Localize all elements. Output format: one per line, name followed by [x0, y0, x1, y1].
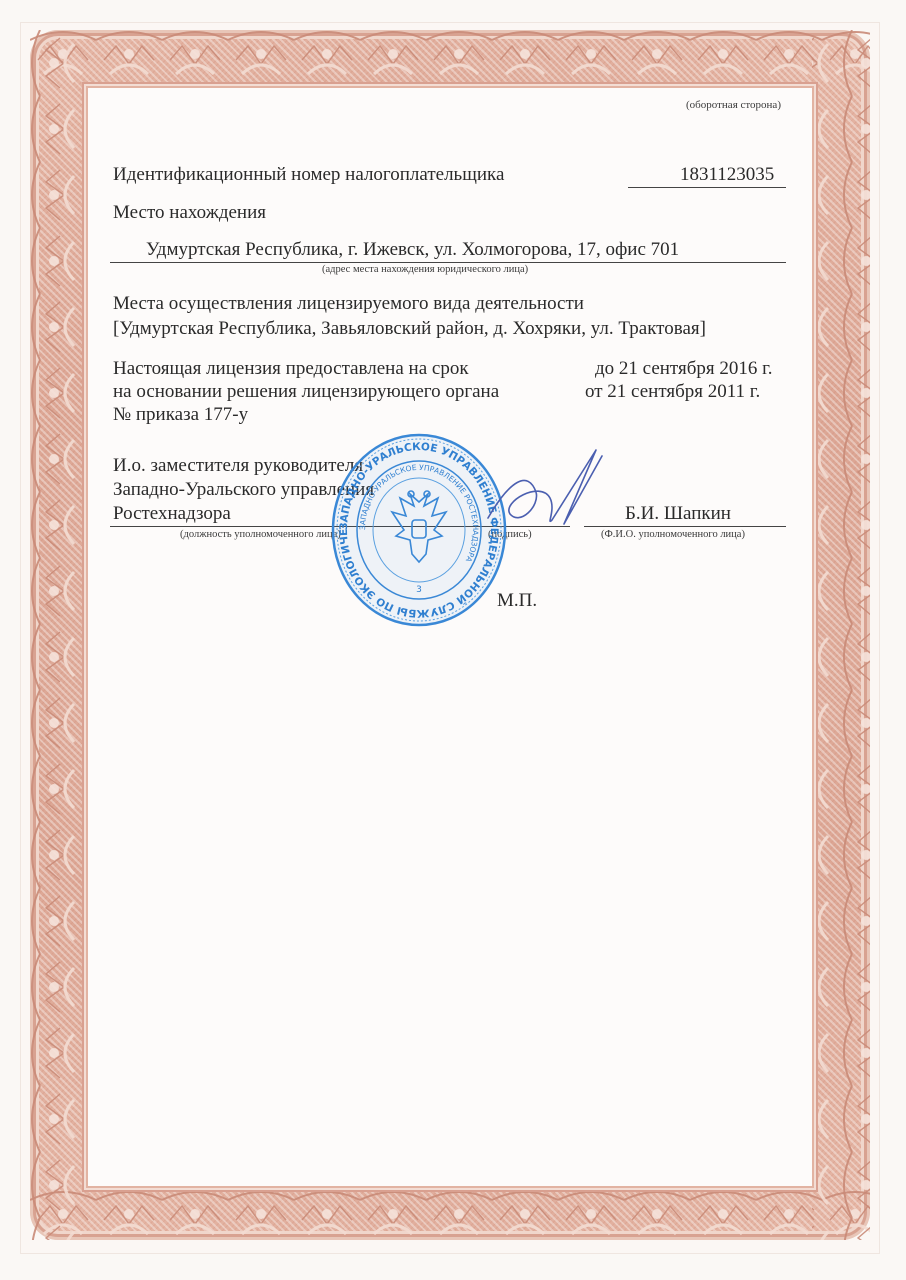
location-label: Место нахождения — [113, 202, 266, 224]
term-value: до 21 сентября 2016 г. — [595, 358, 773, 380]
name-underline — [584, 526, 786, 527]
order-number: № приказа 177-у — [113, 404, 248, 426]
decision-value: от 21 сентября 2011 г. — [585, 381, 760, 403]
signatory-name: Б.И. Шапкин — [625, 503, 731, 525]
signatory-position-line3: Ростехнадзора — [113, 503, 231, 525]
activity-places-label: Места осуществления лицензируемого вида … — [113, 293, 584, 315]
location-underline — [110, 262, 786, 263]
activity-places-value: [Удмуртская Республика, Завьяловский рай… — [113, 318, 706, 340]
signatory-position-line1: И.о. заместителя руководителя — [113, 455, 363, 477]
seal-mark: М.П. — [497, 590, 537, 612]
inn-label: Идентификационный номер налогоплательщик… — [113, 164, 504, 186]
position-caption: (должность уполномоченного лица) — [180, 529, 341, 540]
inn-underline — [628, 187, 786, 188]
inn-value: 1831123035 — [680, 164, 774, 186]
side-note: (оборотная сторона) — [686, 99, 781, 111]
term-label: Настоящая лицензия предоставлена на срок — [113, 358, 469, 380]
name-caption: (Ф.И.О. уполномоченного лица) — [601, 529, 745, 540]
svg-text:3: 3 — [416, 585, 422, 595]
signature-scribble-icon — [480, 440, 610, 550]
decision-label: на основании решения лицензирующего орга… — [113, 381, 499, 403]
location-caption: (адрес места нахождения юридического лиц… — [322, 264, 528, 275]
location-address: Удмуртская Республика, г. Ижевск, ул. Хо… — [146, 239, 679, 261]
